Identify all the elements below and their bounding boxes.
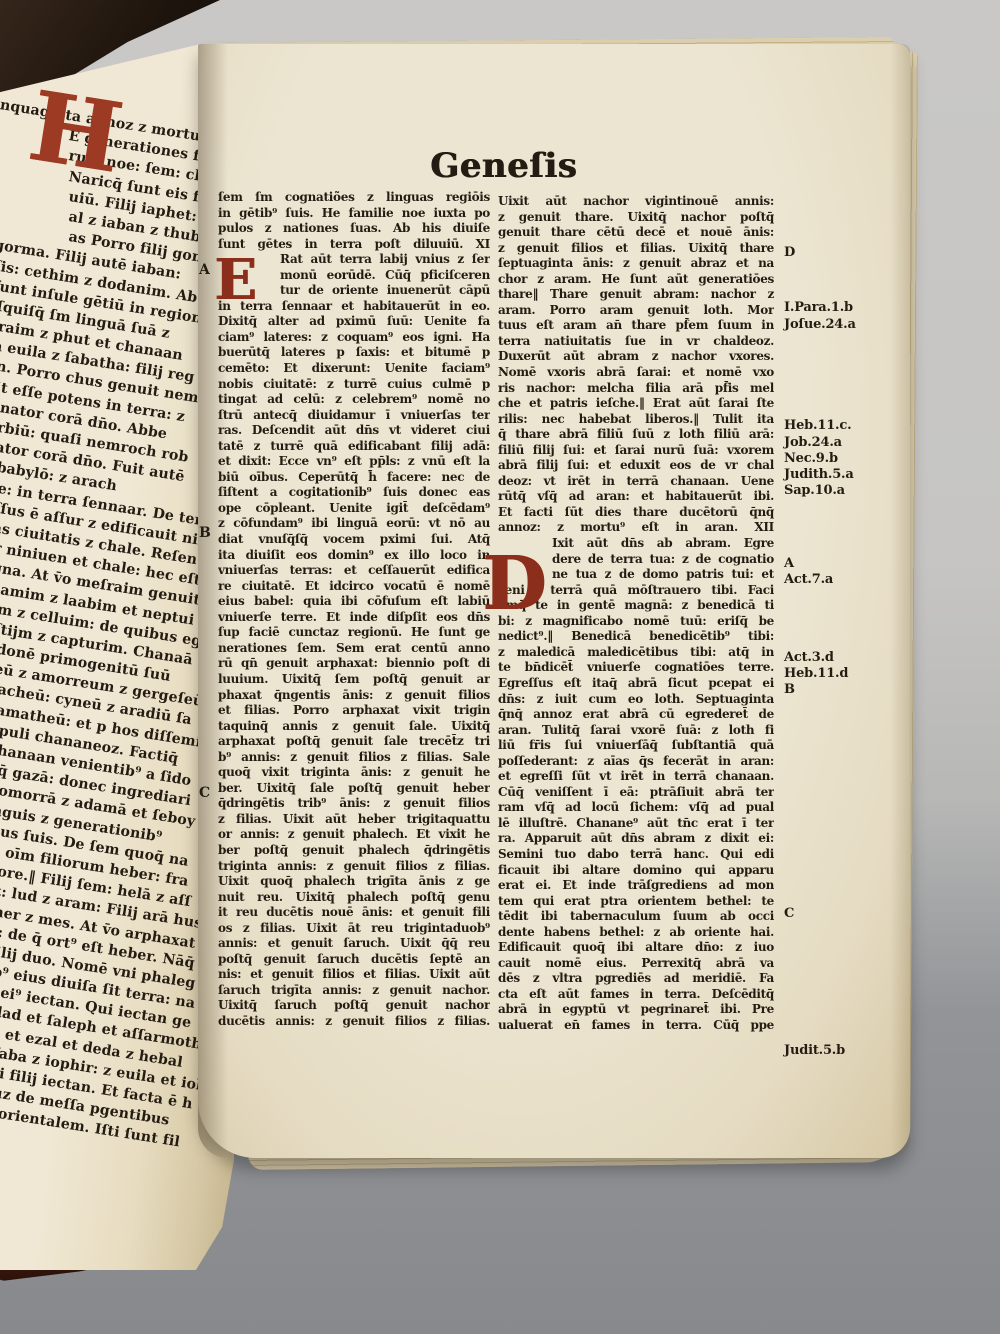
text-line: triginta annis: z genuit filios z filias…: [218, 859, 490, 875]
text-line: vniuerſas terras: et ceſſauerūt edifica: [218, 563, 490, 579]
text-line: ra. Apparuit aūt dn̄s abram z dixit ei:: [498, 831, 774, 847]
margin-reference: Act.3.d: [784, 650, 834, 665]
margin-reference: Joſue.24.a: [784, 317, 856, 332]
text-line: thare‖ Thare genuit abram: nachor z: [498, 287, 774, 303]
text-line: terra natiuitatis ſue in vr chaldeoz.: [498, 334, 774, 350]
text-line: Uixit aūt nachor vigintinouē annis:: [498, 194, 774, 210]
text-line: cemēto: Et dixerunt: Uenite faciam⁹: [218, 361, 490, 377]
text-line: pulos z nationes ſuas. Ab his diuiſe: [218, 221, 490, 237]
text-line: Semini tuo dabo terrā hanc. Qui edi: [498, 847, 774, 863]
text-line: q̄ thare abrā filiū ſuū z loth filiū arā…: [498, 427, 774, 443]
text-line: z cōfundam⁹ ibi linguā eorū: vt nō au: [218, 516, 490, 532]
text-line: che et patris ieſche.‖ Erat aūt ſarai ſt…: [498, 396, 774, 412]
text-line: Cūq̄ veniſſent ī eā: ptrāſiuit abrā ter: [498, 785, 774, 801]
margin-reference: Act.7.a: [784, 572, 833, 587]
text-line: lē illuſtrē. Chanane⁹ aūt tn̄c erat ī te…: [498, 816, 774, 832]
text-line: z maledicā maledicētibus tibi: atq̄ in: [498, 645, 774, 661]
section-letter: A: [199, 262, 217, 278]
text-line: z filias. Uixit aūt heber trigitaquattu: [218, 812, 490, 828]
text-line: arphaxat poſtq̄ genuit ſale trecēt̄z tri: [218, 734, 490, 750]
text-line: biū oībus. Ceperūtq̄ h̄ facere: nec de: [218, 470, 490, 486]
text-line: abrā filij ſui: et eduxit eos de vr chal: [498, 458, 774, 474]
book-photo: rk q̄nquaginta annoz z mortuusE generati…: [0, 0, 1000, 1334]
text-line: vniuerſe terre. Et inde diſpſit eos dn̄s: [218, 610, 490, 626]
text-line: rū qn̄ genuit arphaxat: biennio poſt di: [218, 656, 490, 672]
section-letter: D: [784, 245, 795, 260]
text-line: te bn̄dicēt̄ vniuerſe cognatiōes terre.: [498, 660, 774, 676]
text-line: quoq̄ vixit triginta ānis: z genuit he: [218, 765, 490, 781]
text-line: re ciuitatē. Et idcirco vocatū ē nomē: [218, 579, 490, 595]
section-letter: B: [784, 682, 795, 697]
text-column-left: ſem ſm cognatiões z linguas regiōisin gē…: [218, 190, 490, 1030]
text-line: in gētib⁹ ſuis. He familie noe iuxta po: [218, 206, 490, 222]
text-line: b⁹ annis: z genuit filios z filias. Sale: [218, 750, 490, 766]
text-line: Et facti ſūt dies thare ducētorū q̄nq̄: [498, 505, 774, 521]
text-line: abrā in egyptū vt pegrinaret̄ ibi. Pre: [498, 1002, 774, 1018]
text-line: nobis ciuitatē: z turrē cuius culmē p: [218, 377, 490, 393]
text-line: dn̄s: z iuit cum eo loth. Septuaginta: [498, 692, 774, 708]
text-line: ris nachor: melcha filia arā pf̄is mel: [498, 381, 774, 397]
text-line: filiū filij ſui: et ſarai nurū ſuā: vxor…: [498, 443, 774, 459]
text-line: aram. Porro aram genuit loth. Mor: [498, 303, 774, 319]
text-line: ciam⁹ lateres: z coquam⁹ eos igni. Ha: [218, 330, 490, 346]
text-line: ficauit ibi altare domino qui apparu: [498, 863, 774, 879]
text-line: dente habens bethel: z ab oriente hai.: [498, 925, 774, 941]
text-line: ber poſtq̄ genuit phalech q̄dringētis: [218, 843, 490, 859]
rubricated-initial-E: E: [214, 254, 257, 306]
text-line: it reu ducētis nouē ānis: et genuit fili: [218, 905, 490, 921]
section-letter: C: [784, 906, 794, 921]
text-line: Uixit quoq̄ phalech trigīta ānis z ge: [218, 874, 490, 890]
text-line: ſtrū antecq̄ diuidamur ī vniuerſas ter: [218, 408, 490, 424]
text-line: aran. Tulitq̄ ſarai vxorē ſuā: z loth fi: [498, 723, 774, 739]
text-line: nuit reu. Uixitq̄ phalech poſtq̄ genu: [218, 890, 490, 906]
rubricated-initial-D: D: [482, 550, 546, 618]
text-line: ſiſtent a cogitationib⁹ ſuis donec eas: [218, 485, 490, 501]
text-line: diat vnuſq̄ſq̄ vocem pximi ſui. Atq̄: [218, 532, 490, 548]
text-line: taquinq̄ annis z genuit ſale. Uixitq̄: [218, 719, 490, 735]
margin-reference: Heb.11.c.: [784, 418, 851, 433]
text-line: nis: et genuit filios et filias. Uixit a…: [218, 967, 490, 983]
text-line: rūtq̄ vſq̄ ad aran: et habitauerūt ibi.: [498, 489, 774, 505]
text-line: rilis: nec habebat liberos.‖ Tulit ita: [498, 412, 774, 428]
text-line: Uixitq̄ ſaruch poſtq̄ genuit nachor: [218, 998, 490, 1014]
text-line: tatē z turrē quā edificabant filij adā:: [218, 439, 490, 455]
text-line: poſtq̄ genuit ſaruch ducētis ſeptē an: [218, 952, 490, 968]
text-line: or annis: z genuit phalech. Et vixit he: [218, 827, 490, 843]
text-line: genuit thare cētū decē et nouē ānis:: [498, 225, 774, 241]
text-line: Egreſſus eſt itaq̄ abrā ſicut pcepat ei: [498, 676, 774, 692]
text-line: q̄nq̄ annoz erat abrā cū egrederet̄ de: [498, 707, 774, 723]
text-line: luuium. Uixitq̄ ſem poſtq̄ genuit ar: [218, 672, 490, 688]
rubricated-initial-H: H: [23, 78, 128, 187]
margin-reference: Nec.9.b: [784, 451, 838, 466]
text-line: ſunt gētes in terra poſt diluuiū. XI: [218, 237, 490, 253]
text-line: ram vſq̄ ad locū ſichem: vſq̄ ad pual: [498, 800, 774, 816]
text-line: et egreſſi ſūt vt irēt in terrā chanaan.: [498, 769, 774, 785]
text-line: annis: et genuit ſaruch. Uixit q̄q̄ reu: [218, 936, 490, 952]
running-title: Geneſis: [430, 146, 577, 186]
text-line: ualuerat en̄ fames in terra. Cūq̄ ppe: [498, 1018, 774, 1034]
section-letter: C: [199, 785, 217, 801]
text-line: Edificauit quoq̄ ibi altare dn̄o: z iuo: [498, 940, 774, 956]
text-line: ducētis annis: z genuit filios z filias.: [218, 1014, 490, 1030]
text-line: liū fr̄is ſui vniuerſāq̄ ſubſtantiā quā: [498, 738, 774, 754]
text-line: et filias. Porro arphaxat vixit trigin: [218, 703, 490, 719]
margin-reference: Judith.5.a: [784, 467, 854, 482]
margin-reference: I.Para.1.b: [784, 300, 853, 315]
text-line: tem qui erat ptra orientem bethel: te: [498, 894, 774, 910]
text-line: Nomē vxoris abrā ſarai: et nomē vxo: [498, 365, 774, 381]
section-letter: A: [784, 556, 794, 571]
margin-reference: Heb.11.d: [784, 666, 848, 681]
text-line: ſeptuaginta ānis: z genuit abraz et na: [498, 256, 774, 272]
text-line: tingat ad celū: z celebrem⁹ nomē no: [218, 392, 490, 408]
text-line: Dixitq̄ alter ad pximū ſuū: Uenite fa: [218, 314, 490, 330]
text-line: monū eorūdē. Cūq̄ pficiſceren: [218, 268, 490, 284]
margin-reference: Job.24.a: [784, 435, 842, 450]
text-line: dēs z vltra pgrediēs ad meridiē. Fa: [498, 971, 774, 987]
text-line: tēdit ibi tabernaculum ſuum ab occi: [498, 909, 774, 925]
text-line: eius babel: quia ibi cōfuſum eſt labiū: [218, 594, 490, 610]
text-line: et dixit: Ecce vn⁹ eſt pp̄ls: z vnū eſt …: [218, 454, 490, 470]
section-letter: B: [199, 525, 217, 541]
text-line: os z filias. Uixit āt reu trigintaduob⁹: [218, 921, 490, 937]
text-line: ras. Deſcendit aūt dn̄s vt videret ciui: [218, 423, 490, 439]
text-line: buerūtq̄ lateres p ſaxis: et bitumē p: [218, 345, 490, 361]
text-line: tuus eſt aram an̄ thare pf̄em ſuum in: [498, 318, 774, 334]
text-line: cta eſt aūt fames in terra. Deſcēditq̄: [498, 987, 774, 1003]
text-line: deoz: vt irēt in terrā chanaan. Uene: [498, 474, 774, 490]
text-line: ita diuiſit eos domin⁹ ex illo loco in: [218, 548, 490, 564]
right-page: Geneſis ſem ſm cognatiões z linguas regi…: [198, 44, 910, 1158]
text-line: chor z aram. He ſunt aūt generatiōes: [498, 272, 774, 288]
text-line: in terra ſennaar et habitauerūt in eo.: [218, 299, 490, 315]
text-line: nerationes ſem. Sem erat centū anno: [218, 641, 490, 657]
text-line: ſaruch trigīta annis: z genuit nachor.: [218, 983, 490, 999]
text-line: ſem ſm cognatiões z linguas regiōis: [218, 190, 490, 206]
text-line: Duxerūt aūt abram z nachor vxores.: [498, 349, 774, 365]
text-line: cauit nomē eius. Perrexitq̄ abrā va: [498, 956, 774, 972]
text-line: z genuit filios et filias. Uixitq̄ thare: [498, 241, 774, 257]
margin-reference: Sap.10.a: [784, 483, 845, 498]
text-line: Rat aūt terra labij vnius z ſer: [218, 252, 490, 268]
text-line: ſup faciē cunctaz regionū. He ſunt ge: [218, 625, 490, 641]
margin-reference: Judit.5.b: [784, 1043, 845, 1058]
text-line: z genuit thare. Uixitq̄ nachor poſtq̄: [498, 210, 774, 226]
text-line: q̄dringētis trib⁹ ānis: z genuit filios: [218, 796, 490, 812]
text-line: nedict⁹.‖ Benedicā benedicētib⁹ tibi:: [498, 629, 774, 645]
text-line: ope cōpleant. Uenite igit̄ deſcēdam⁹: [218, 501, 490, 517]
text-line: phaxat q̄ngentis ānis: z genuit filios: [218, 688, 490, 704]
text-line: ber. Uixitq̄ ſale poſtq̄ genuit heber: [218, 781, 490, 797]
text-line: erat ei. Et inde trāſgrediens ad mon: [498, 878, 774, 894]
text-line: tur de oriente inuenerūt cāpū: [218, 283, 490, 299]
text-line: poſſederant: z aīas q̄s fecerāt in aran:: [498, 754, 774, 770]
text-line: annoz: z mortu⁹ eſt in aran. XII: [498, 520, 774, 536]
